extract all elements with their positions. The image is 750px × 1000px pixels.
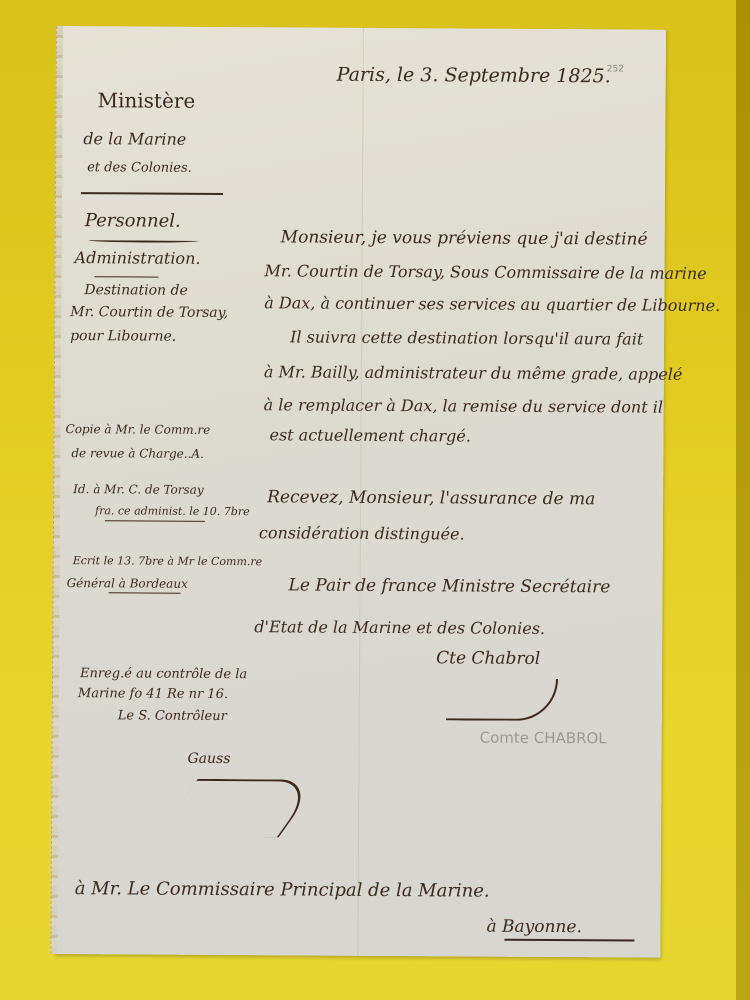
letterhead-ministry-line3: et des Colonies.: [87, 160, 192, 176]
signatory-title: Le Pair de france Ministre Secrétaire: [289, 575, 611, 597]
folio-mark: 252: [607, 64, 624, 74]
signatory-title: d'Etat de la Marine et des Colonies.: [254, 617, 545, 638]
margin-note: de revue à Charge..A.: [71, 446, 204, 461]
controller-signature: Gauss: [187, 751, 230, 767]
margin-note: Général à Bordeaux: [67, 576, 188, 591]
letterhead-department: Personnel.: [85, 210, 181, 232]
signature-flourish: [446, 678, 558, 721]
letterhead-ministry-line2: de la Marine: [83, 129, 186, 149]
body-line: Il suivra cette destination lorsqu'il au…: [290, 327, 643, 348]
registration-note: Marine fo 41 Re nr 16.: [78, 686, 228, 702]
closing-line: Recevez, Monsieur, l'assurance de ma: [267, 487, 595, 509]
margin-note-underline: [109, 592, 181, 593]
pencil-annotation: Comte CHABROL: [480, 729, 607, 748]
registration-note: Enreg.é au contrôle de la: [80, 666, 247, 682]
body-line: Mr. Courtin de Torsay, Sous Commissaire …: [264, 261, 706, 283]
subject-line: Destination de: [84, 282, 188, 299]
address-underline: [504, 939, 634, 942]
background-edge-strip: [736, 0, 750, 1000]
margin-note: Copie à Mr. le Comm.re: [65, 422, 210, 437]
body-line: Monsieur, je vous préviens que j'ai dest…: [281, 227, 648, 249]
subject-line: pour Libourne.: [70, 328, 176, 345]
address-line: à Bayonne.: [486, 917, 581, 938]
body-line: à le remplacer à Dax, la remise du servi…: [264, 395, 663, 416]
minister-signature: Cte Chabrol: [436, 648, 540, 669]
registration-note: Le S. Contrôleur: [118, 708, 227, 724]
body-line: à Mr. Bailly, administrateur du même gra…: [264, 362, 683, 384]
division-underline: [94, 276, 158, 277]
letter-sheet: Ministère de la Marine et des Colonies. …: [54, 26, 666, 958]
margin-note-underline: [105, 520, 205, 522]
address-line: à Mr. Le Commissaire Principal de la Mar…: [75, 878, 490, 902]
letterhead-ministry: Ministère: [97, 88, 195, 113]
letterhead-divider: [81, 192, 223, 195]
margin-note: Ecrit le 13. 7bre à Mr le Comm.re: [73, 554, 263, 568]
letterhead-division: Administration.: [75, 248, 201, 268]
margin-note: Id. à Mr. C. de Torsay: [73, 482, 204, 497]
subject-line: Mr. Courtin de Torsay,: [70, 304, 228, 321]
body-line: est actuellement chargé.: [269, 425, 470, 445]
department-underline: [89, 238, 199, 243]
body-line: à Dax, à continuer ses services au quart…: [264, 293, 720, 315]
margin-note: fra. ce administ. le 10. 7bre: [95, 504, 250, 518]
date-line: Paris, le 3. Septembre 1825.: [337, 64, 611, 88]
closing-line: considération distinguée.: [259, 523, 465, 543]
controller-signature-flourish: [157, 779, 320, 837]
